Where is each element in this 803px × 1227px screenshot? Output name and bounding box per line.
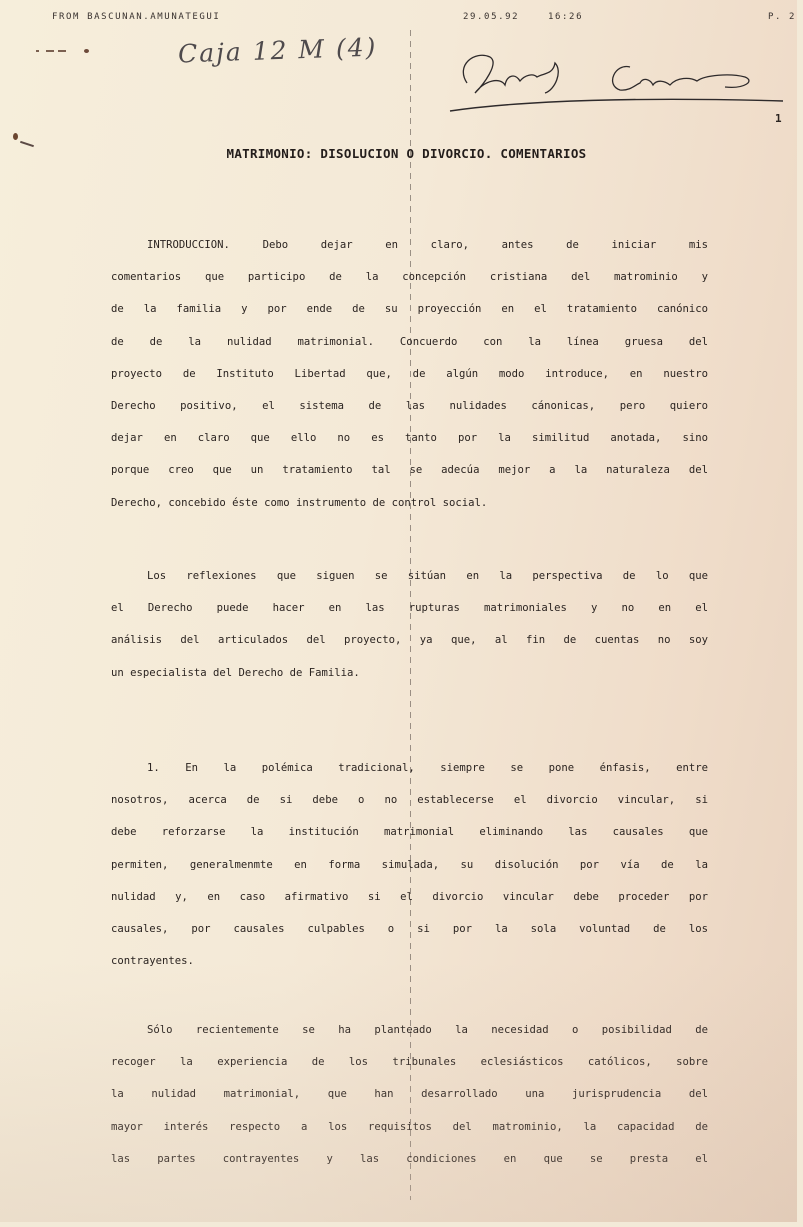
- text-line: contrayentes.: [111, 945, 708, 977]
- fax-document-page: FROM BASCUNAN.AMUNATEGUI 29.05.92 16:26 …: [0, 0, 797, 1222]
- text-line: un especialista del Derecho de Familia.: [111, 657, 708, 689]
- document-title: MATRIMONIO: DISOLUCION O DIVORCIO. COMEN…: [0, 146, 797, 161]
- text-line: la nulidad matrimonial, que han desarrol…: [111, 1078, 708, 1110]
- signature-icon: [445, 45, 785, 115]
- text-line: Sólo recientemente se ha planteado la ne…: [111, 1014, 708, 1046]
- text-line: de la familia y por ende de su proyecció…: [111, 293, 708, 325]
- text-line: las partes contrayentes y las condicione…: [111, 1143, 708, 1175]
- text-line: dejar en claro que ello no es tanto por …: [111, 422, 708, 454]
- text-line: permiten, generalmenmte en forma simulad…: [111, 849, 708, 881]
- fax-date: 29.05.92: [463, 12, 519, 22]
- ink-marks-icon: [36, 46, 96, 56]
- ink-stain-icon: [13, 133, 18, 140]
- text-line: recoger la experiencia de los tribunales…: [111, 1046, 708, 1078]
- paragraph-reflexiones: Los reflexiones que siguen se sitúan en …: [111, 560, 708, 689]
- text-line: mayor interés respecto a los requisitos …: [111, 1111, 708, 1143]
- fax-page-number: P. 2: [768, 12, 796, 22]
- fax-time: 16:26: [548, 12, 583, 22]
- fax-sender: FROM BASCUNAN.AMUNATEGUI: [52, 12, 220, 22]
- text-line: nosotros, acerca de si debe o no estable…: [111, 784, 708, 816]
- text-line: análisis del articulados del proyecto, y…: [111, 624, 708, 656]
- text-line: Derecho, concebido éste como instrumento…: [111, 487, 708, 519]
- text-line: Los reflexiones que siguen se sitúan en …: [111, 560, 708, 592]
- paragraph-introduccion: INTRODUCCION. Debo dejar en claro, antes…: [111, 229, 708, 519]
- text-line: de de la nulidad matrimonial. Concuerdo …: [111, 326, 708, 358]
- text-line: comentarios que participo de la concepci…: [111, 261, 708, 293]
- paragraph-solo-recientemente: Sólo recientemente se ha planteado la ne…: [111, 1014, 708, 1175]
- text-line: proyecto de Instituto Libertad que, de a…: [111, 358, 708, 390]
- text-line: 1. En la polémica tradicional, siempre s…: [111, 752, 708, 784]
- text-line: causales, por causales culpables o si po…: [111, 913, 708, 945]
- text-line: debe reforzarse la institución matrimoni…: [111, 816, 708, 848]
- text-line: porque creo que un tratamiento tal se ad…: [111, 454, 708, 486]
- text-line: Derecho positivo, el sistema de las nuli…: [111, 390, 708, 422]
- paragraph-section-1: 1. En la polémica tradicional, siempre s…: [111, 752, 708, 977]
- handwritten-archive-note: Caja 12 M (4): [178, 33, 378, 69]
- text-line: el Derecho puede hacer en las rupturas m…: [111, 592, 708, 624]
- fax-header: FROM BASCUNAN.AMUNATEGUI 29.05.92 16:26 …: [0, 12, 797, 26]
- text-line: nulidad y, en caso afirmativo si el divo…: [111, 881, 708, 913]
- document-page-number: 1: [775, 112, 782, 125]
- text-line: INTRODUCCION. Debo dejar en claro, antes…: [111, 229, 708, 261]
